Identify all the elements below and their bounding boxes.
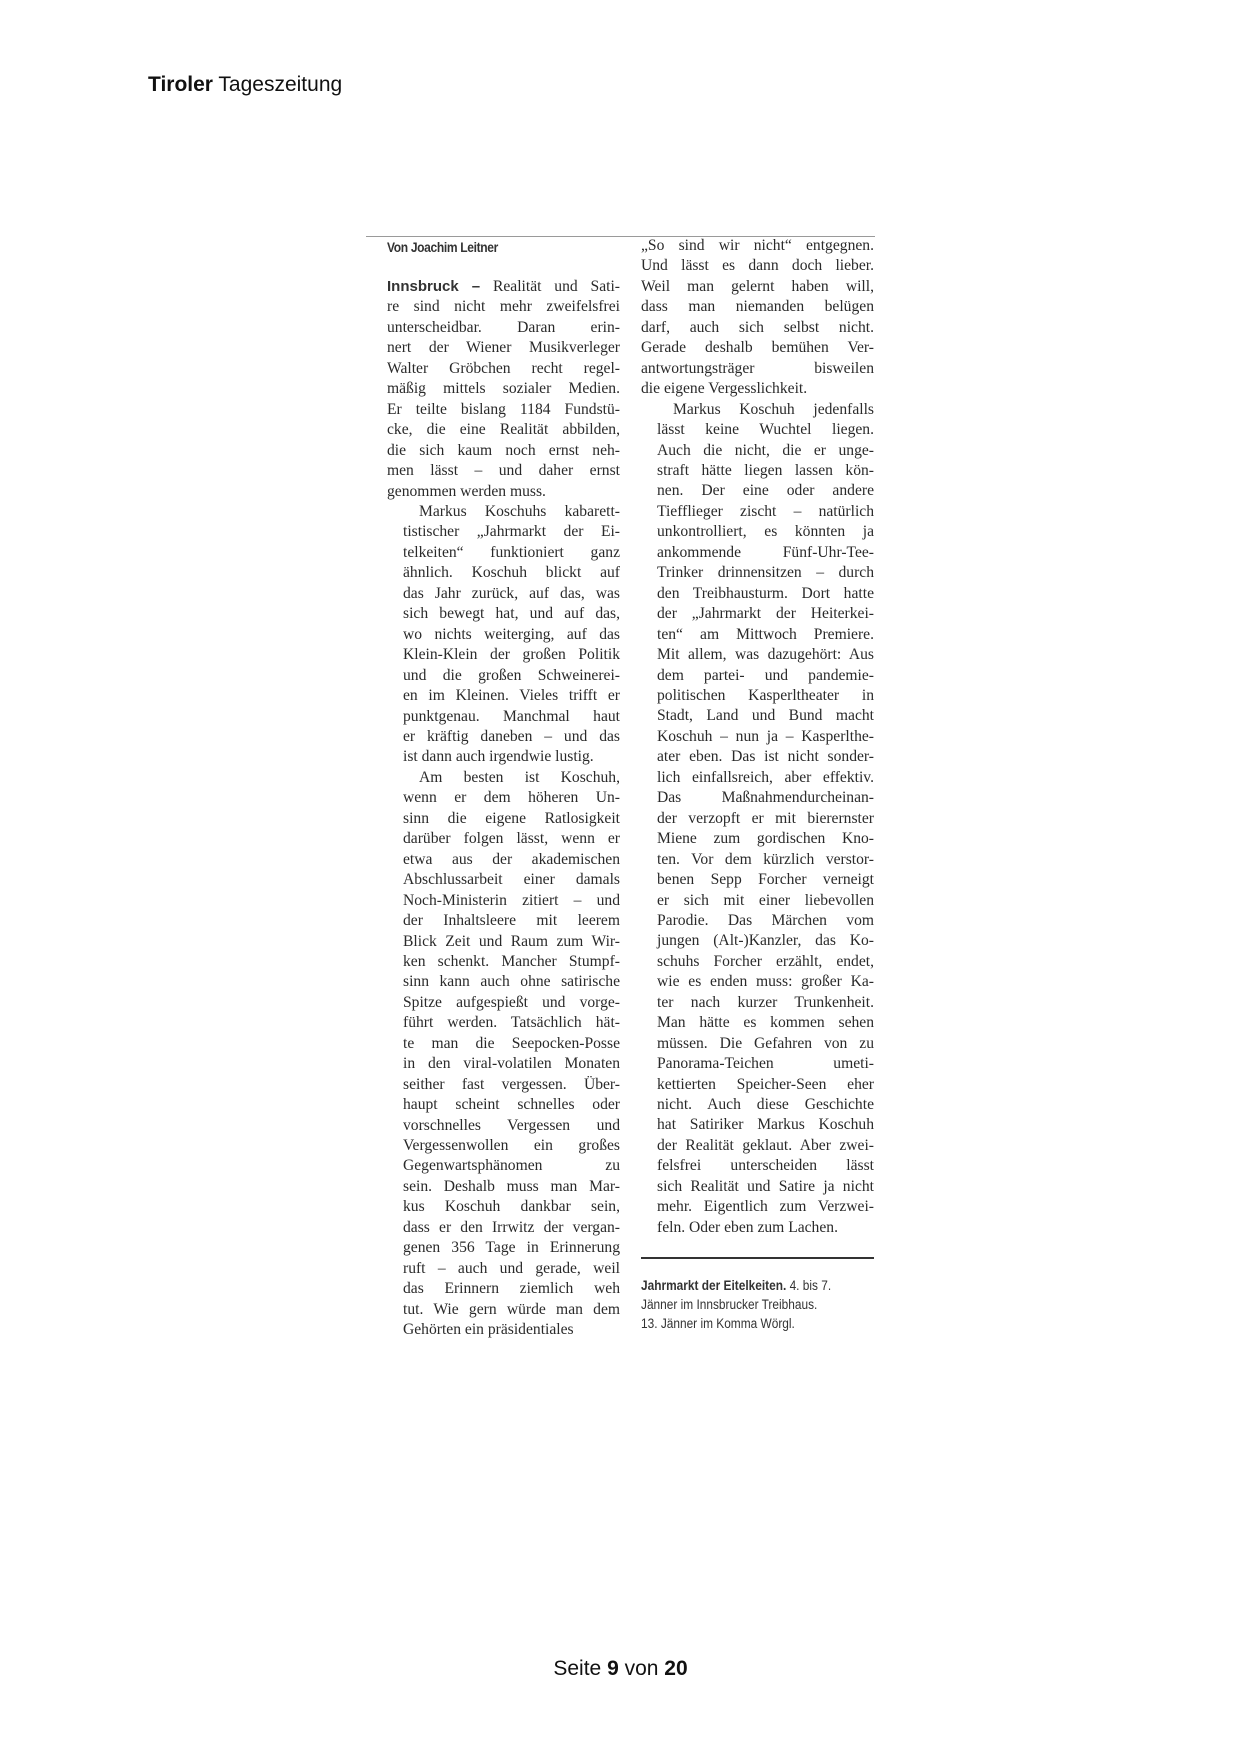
text-line: jungen (Alt-)Kanzler, das Ko-	[641, 931, 874, 951]
text-line: Parodie. Das Märchen vom	[641, 911, 874, 931]
text-line: schuhs Forcher erzählt, endet,	[641, 952, 874, 972]
event-title: Jahrmarkt der Eitelkeiten.	[641, 1278, 786, 1293]
event-venue-1: Jänner im Innsbrucker Treibhaus.	[641, 1295, 874, 1314]
text-line: Klein-Klein der großen Politik	[387, 645, 620, 665]
dateline: Innsbruck –	[387, 278, 480, 295]
text-line: ten. Vor dem kürzlich verstor-	[641, 850, 874, 870]
text-line: Gehörten ein präsidentiales	[387, 1320, 620, 1340]
text-line: Tiefflieger zischt – natürlich	[641, 502, 874, 522]
text-line: sich bewegt hat, und auf das,	[387, 604, 620, 624]
text-line: der verzopft er mit bierernster	[641, 809, 874, 829]
paragraph-5: Markus Koschuh jedenfallslässt keine Wuc…	[641, 400, 874, 1239]
text-line: Weil man gelernt haben will,	[641, 277, 874, 297]
text-line: wie es enden muss: großer Ka-	[641, 972, 874, 992]
text-line: sinn kann auch ohne satirische	[387, 972, 620, 992]
text-line: Noch-Ministerin zitiert – und	[387, 891, 620, 911]
text-line: etwa aus der akademischen	[387, 850, 620, 870]
text-line: nen. Der eine oder andere	[641, 481, 874, 501]
text-line: darf, auch sich selbst nicht.	[641, 318, 874, 338]
text-line: Am besten ist Koschuh,	[387, 768, 620, 788]
text-line: der „Jahrmarkt der Heiterkei-	[641, 604, 874, 624]
text-line: Abschlussarbeit einer damals	[387, 870, 620, 890]
info-rule	[641, 1257, 874, 1259]
text-line: und die großen Schweinerei-	[387, 666, 620, 686]
text-line: seither fast vergessen. Über-	[387, 1075, 620, 1095]
text-line: wenn er dem höheren Un-	[387, 788, 620, 808]
current-page: 9	[607, 1657, 619, 1680]
text-line: führt werden. Tatsächlich hät-	[387, 1013, 620, 1033]
text-line: „So sind wir nicht“ entgegnen.	[641, 236, 874, 256]
text-line: Auch die nicht, die er unge-	[641, 441, 874, 461]
text-line: sein. Deshalb muss man Mar-	[387, 1177, 620, 1197]
article: Von Joachim Leitner Innsbruck – Realität…	[366, 236, 875, 1346]
text-line: Markus Koschuh jedenfalls	[641, 400, 874, 420]
text-line: ankommende Fünf-Uhr-Tee-	[641, 543, 874, 563]
event-info-box: Jahrmarkt der Eitelkeiten. 4. bis 7. Jän…	[641, 1276, 874, 1333]
text-line: cke, die eine Realität abbilden,	[387, 420, 620, 440]
text-line: hat Satiriker Markus Koschuh	[641, 1115, 874, 1135]
text-line: in den viral-volatilen Monaten	[387, 1054, 620, 1074]
text-line: genen 356 Tage in Erinnerung	[387, 1238, 620, 1258]
text-line: Spitze aufgespießt und vorge-	[387, 993, 620, 1013]
text-line: den Treibhausturm. Dort hatte	[641, 584, 874, 604]
text-line: lässt keine Wuchtel liegen.	[641, 420, 874, 440]
text-line: Miene zum gordischen Kno-	[641, 829, 874, 849]
text-line: men lässt – und daher ernst	[387, 461, 620, 481]
paragraph-2: Markus Koschuhs kabarett-tistischer „Jah…	[387, 502, 620, 768]
text-line: re sind nicht mehr zweifelsfrei	[387, 297, 620, 317]
text-line: politischen Kasperltheater in	[641, 686, 874, 706]
text-line: te man die Seepocken-Posse	[387, 1034, 620, 1054]
text-line: ken schenkt. Mancher Stumpf-	[387, 952, 620, 972]
text-line: punktgenau. Manchmal haut	[387, 707, 620, 727]
brand-bold: Tiroler	[148, 73, 213, 96]
text-line: Gegenwartsphänomen zu	[387, 1156, 620, 1176]
text-line: Gerade deshalb bemühen Ver-	[641, 338, 874, 358]
text-line: mehr. Eigentlich zum Verzwei-	[641, 1197, 874, 1217]
text-line: en im Kleinen. Vieles trifft er	[387, 686, 620, 706]
article-column-1: Von Joachim Leitner Innsbruck – Realität…	[387, 236, 620, 1341]
text-line: Er teilte bislang 1184 Fundstü-	[387, 400, 620, 420]
footer-prefix: Seite	[553, 1657, 607, 1680]
text-line: ten“ am Mittwoch Premiere.	[641, 625, 874, 645]
text-line: antwortungsträger bisweilen	[641, 359, 874, 379]
text-line: tut. Wie gern würde man dem	[387, 1300, 620, 1320]
text-line: Panorama-Teichen umeti-	[641, 1054, 874, 1074]
paragraph-1: Innsbruck – Realität und Sati-re sind ni…	[387, 277, 620, 502]
text-line: ter nach kurzer Trunkenheit.	[641, 993, 874, 1013]
text-line: er kräftig daneben – und das	[387, 727, 620, 747]
text-line: das Erinnern ziemlich weh	[387, 1279, 620, 1299]
text-line: Walter Gröbchen recht regel-	[387, 359, 620, 379]
text-line: vorschnelles Vergessen und	[387, 1116, 620, 1136]
text-line: straft hätte liegen lassen kön-	[641, 461, 874, 481]
text-line: Und lässt es dann doch lieber.	[641, 256, 874, 276]
text-line: nicht. Auch diese Geschichte	[641, 1095, 874, 1115]
text-line: darüber folgen lässt, wenn er	[387, 829, 620, 849]
text-line: kus Koschuh dankbar sein,	[387, 1197, 620, 1217]
text-line: ruft – auch und gerade, weil	[387, 1259, 620, 1279]
text-line: unterscheidbar. Daran erin-	[387, 318, 620, 338]
text-line: dass er den Irrwitz der vergan-	[387, 1218, 620, 1238]
text-line: Trinker drinnensitzen – durch	[641, 563, 874, 583]
text-line: kettierten Speicher-Seen eher	[641, 1075, 874, 1095]
text-line: der Inhaltsleere mit leerem	[387, 911, 620, 931]
text-line: ähnlich. Koschuh blickt auf	[387, 563, 620, 583]
text-line: Vergessenwollen ein großes	[387, 1136, 620, 1156]
text-line: dass man niemanden belügen	[641, 297, 874, 317]
paragraph-4: „So sind wir nicht“ entgegnen.Und lässt …	[641, 236, 874, 400]
text-line: haupt scheint schnelles oder	[387, 1095, 620, 1115]
text-line: felsfrei unterscheiden lässt	[641, 1156, 874, 1176]
paragraph-3: Am besten ist Koschuh,wenn er dem höhere…	[387, 768, 620, 1341]
text-line: die eigene Vergesslichkeit.	[641, 379, 874, 399]
total-pages: 20	[664, 1657, 687, 1680]
text-line: die sich kaum noch ernst neh-	[387, 441, 620, 461]
text-line: sich Realität und Satire ja nicht	[641, 1177, 874, 1197]
text-line: Blick Zeit und Raum zum Wir-	[387, 932, 620, 952]
text-line: Koschuh – nun ja – Kasperlthe-	[641, 727, 874, 747]
text-line: genommen werden muss.	[387, 482, 620, 502]
text-line: Stadt, Land und Bund macht	[641, 706, 874, 726]
text-line: telkeiten“ funktioniert ganz	[387, 543, 620, 563]
text-line: sinn die eigene Ratlosigkeit	[387, 809, 620, 829]
text-line: der Realität geklaut. Aber zwei-	[641, 1136, 874, 1156]
text-line: Mit allem, was dazugehört: Aus	[641, 645, 874, 665]
footer-middle: von	[619, 1657, 665, 1680]
publication-header: Tiroler Tageszeitung	[148, 73, 342, 97]
text-line: tistischer „Jahrmarkt der Ei-	[387, 522, 620, 542]
event-dates: 4. bis 7.	[786, 1278, 831, 1293]
event-venue-2: 13. Jänner im Komma Wörgl.	[641, 1314, 874, 1333]
text-line: wo nichts weiterging, auf das	[387, 625, 620, 645]
text-line: ist dann auch irgendwie lustig.	[387, 747, 620, 767]
text-line: dem partei- und pandemie-	[641, 666, 874, 686]
text-line: das Jahr zurück, auf das, was	[387, 584, 620, 604]
text-line: nert der Wiener Musikverleger	[387, 338, 620, 358]
article-column-2: „So sind wir nicht“ entgegnen.Und lässt …	[641, 236, 874, 1333]
byline: Von Joachim Leitner	[387, 237, 587, 277]
text-line: er sich mit einer liebevollen	[641, 891, 874, 911]
text-line: lich einfallsreich, aber effektiv.	[641, 768, 874, 788]
page-footer: Seite 9 von 20	[0, 1657, 1241, 1681]
text-line: müssen. Die Gefahren von zu	[641, 1034, 874, 1054]
text-line: Innsbruck – Realität und Sati-	[387, 277, 620, 297]
text-line: unkontrolliert, es könnten ja	[641, 522, 874, 542]
text-line: ater eben. Das ist nicht sonder-	[641, 747, 874, 767]
text-line: benen Sepp Forcher verneigt	[641, 870, 874, 890]
text-line: Das Maßnahmendurcheinan-	[641, 788, 874, 808]
text-line: feln. Oder eben zum Lachen.	[641, 1218, 874, 1238]
text-line: Man hätte es kommen sehen	[641, 1013, 874, 1033]
text-line: Markus Koschuhs kabarett-	[387, 502, 620, 522]
text-line: mäßig mittels sozialer Medien.	[387, 379, 620, 399]
brand-rest: Tageszeitung	[213, 73, 342, 96]
